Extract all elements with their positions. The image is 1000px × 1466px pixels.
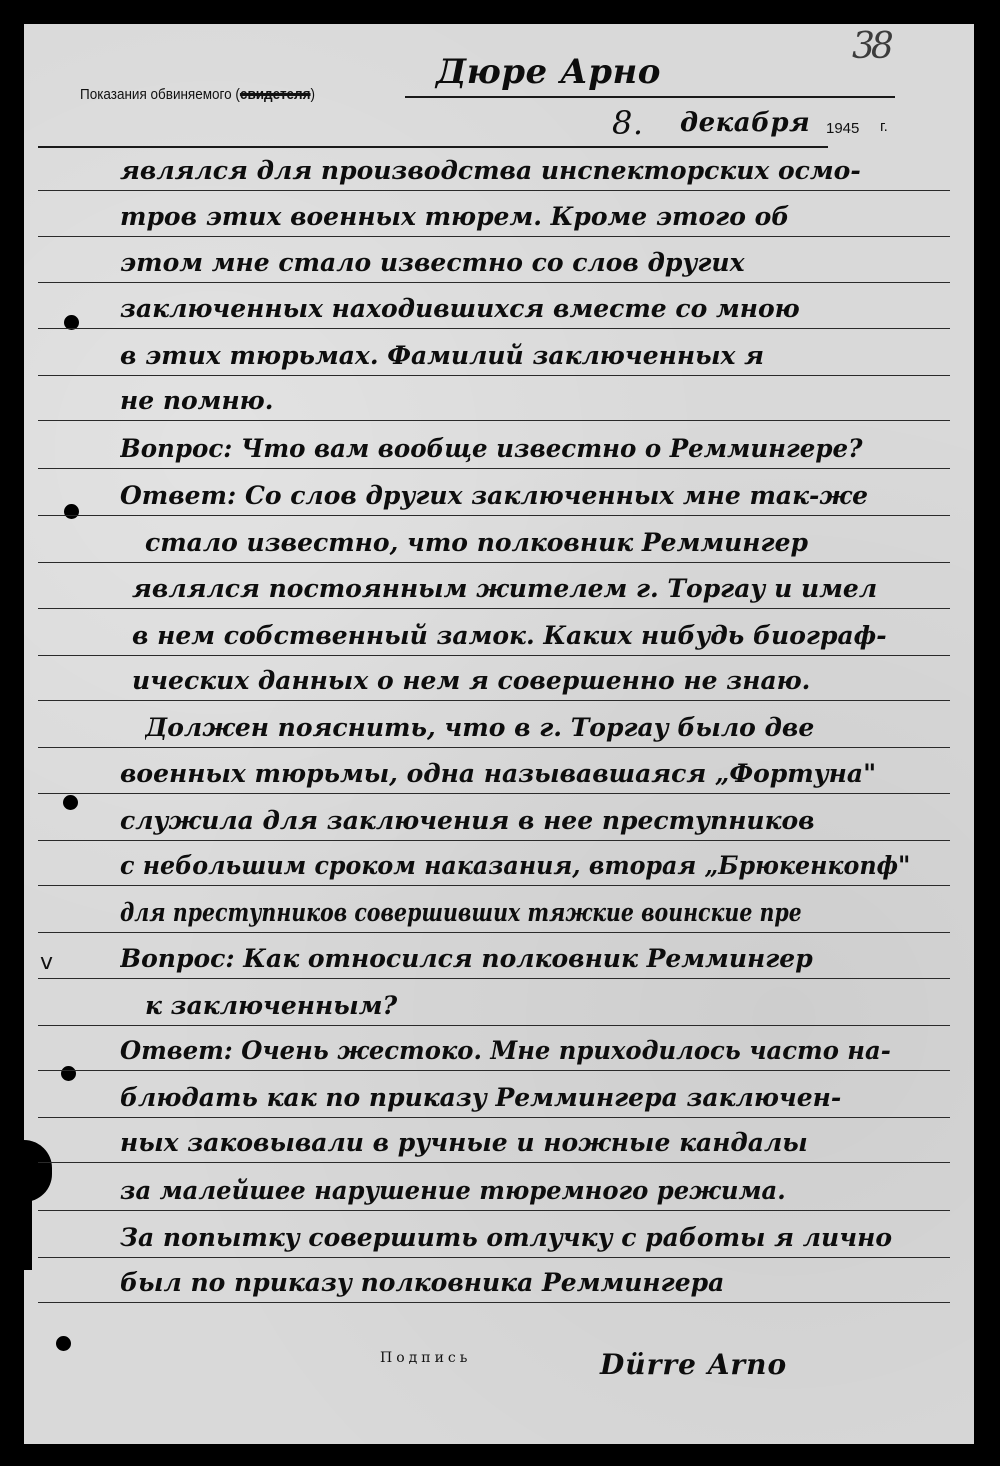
margin-checkmark: v bbox=[40, 950, 53, 975]
ruled-line bbox=[38, 190, 950, 191]
testimony-line: служила для заключения в нее преступнико… bbox=[120, 806, 950, 835]
testimony-line: этом мне стало известно со слов других bbox=[120, 248, 950, 277]
testimony-line: блюдать как по приказу Реммингера заключ… bbox=[120, 1083, 950, 1112]
testimony-line: являлся для производства инспекторских о… bbox=[120, 156, 950, 185]
testimony-line: За попытку совершить отлучку с работы я … bbox=[120, 1223, 950, 1252]
header-rule bbox=[405, 96, 895, 98]
ruled-line bbox=[38, 1070, 950, 1071]
testimony-line: являлся постоянным жителем г. Торгау и и… bbox=[132, 574, 962, 603]
ruled-line bbox=[38, 932, 950, 933]
date-year: 1945 bbox=[826, 120, 859, 137]
testimony-line: Ответ: Очень жестоко. Мне приходилось ча… bbox=[120, 1036, 925, 1065]
testimony-line: к заключенным? bbox=[145, 991, 975, 1020]
ruled-line bbox=[38, 655, 950, 656]
binding-hole bbox=[56, 1336, 71, 1351]
signature-label: Подпись bbox=[380, 1350, 471, 1366]
date-year-suffix: г. bbox=[880, 118, 888, 135]
ruled-line bbox=[38, 562, 950, 563]
ruled-line bbox=[38, 468, 950, 469]
ruled-line bbox=[38, 515, 950, 516]
testimony-line: Должен пояснить, что в г. Торгау было дв… bbox=[145, 713, 975, 742]
testimony-line: ических данных о нем я совершенно не зна… bbox=[132, 666, 962, 695]
testimony-line: Вопрос: Как относился полковник Ремминге… bbox=[120, 944, 950, 973]
ruled-line bbox=[38, 793, 950, 794]
signature: Dürre Arno bbox=[600, 1348, 787, 1381]
testimony-line: тров этих военных тюрем. Кроме этого об bbox=[120, 202, 950, 231]
ruled-line bbox=[38, 885, 950, 886]
ruled-line bbox=[38, 1210, 950, 1211]
testimony-line: военных тюрьмы, одна называвшаяся „Форту… bbox=[120, 759, 950, 788]
ruled-line bbox=[38, 375, 950, 376]
ruled-line bbox=[38, 420, 950, 421]
form-header-label: Показания обвиняемого (свидетеля) bbox=[80, 86, 315, 103]
form-label-suffix: ) bbox=[311, 86, 316, 103]
ruled-line bbox=[38, 608, 950, 609]
ruled-line bbox=[38, 328, 950, 329]
date-rule bbox=[38, 146, 828, 148]
ruled-line bbox=[38, 747, 950, 748]
binding-hole bbox=[64, 504, 79, 519]
ruled-line bbox=[38, 1162, 950, 1163]
testimony-line: заключенных находившихся вместе со мною bbox=[120, 294, 950, 323]
ruled-line bbox=[38, 700, 950, 701]
testimony-line: ных заковывали в ручные и ножные кандалы bbox=[120, 1128, 950, 1157]
ruled-line bbox=[38, 1117, 950, 1118]
date-day: 8. bbox=[612, 104, 644, 142]
testimony-line: был по приказу полковника Реммингера bbox=[120, 1268, 950, 1297]
testimony-line: для преступников совершивших тяжкие воин… bbox=[120, 898, 801, 927]
ruled-line bbox=[38, 1025, 950, 1026]
binding-hole bbox=[63, 795, 78, 810]
ruled-line bbox=[38, 978, 950, 979]
binding-hole bbox=[61, 1066, 76, 1081]
ruled-line bbox=[38, 1257, 950, 1258]
testimony-line: не помню. bbox=[120, 386, 950, 415]
struck-out-word: свидетеля bbox=[240, 86, 311, 103]
torn-edge bbox=[24, 1200, 32, 1270]
defendant-name: Дюре Арно bbox=[436, 52, 661, 92]
ruled-line bbox=[38, 1302, 950, 1303]
page-number: 38 bbox=[852, 26, 890, 67]
testimony-line: за малейшее нарушение тюремного режима. bbox=[120, 1176, 925, 1205]
form-label-prefix: Показания обвиняемого ( bbox=[80, 86, 240, 103]
ruled-line bbox=[38, 236, 950, 237]
ruled-line bbox=[38, 840, 950, 841]
testimony-line: стало известно, что полковник Реммингер bbox=[145, 528, 975, 557]
testimony-line: Вопрос: Что вам вообще известно о Реммин… bbox=[120, 434, 933, 463]
testimony-line: в этих тюрьмах. Фамилий заключенных я bbox=[120, 341, 950, 370]
testimony-line: Ответ: Со слов других заключенных мне та… bbox=[120, 481, 950, 510]
testimony-line: в нем собственный замок. Каких нибудь би… bbox=[132, 621, 962, 650]
date-month: декабря bbox=[680, 108, 810, 138]
ruled-line bbox=[38, 282, 950, 283]
testimony-line: с небольшим сроком наказания, вторая „Бр… bbox=[120, 851, 909, 880]
